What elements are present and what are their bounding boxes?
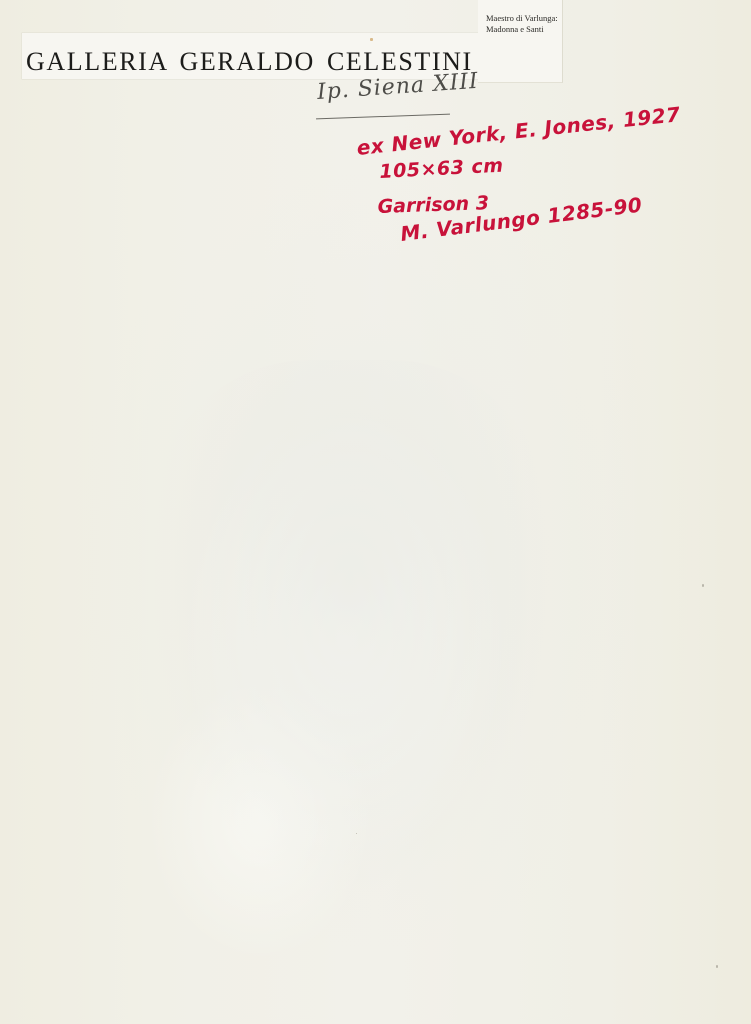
gallery-name: GALLERIA GERALDO CELESTINI [26, 47, 473, 77]
paper-speck [716, 965, 718, 968]
bleed-through-image [150, 360, 550, 900]
caption-title: Madonna e Santi [486, 24, 544, 34]
paper-speck [702, 584, 704, 587]
paper-speck [356, 833, 357, 834]
paper-speck [370, 38, 373, 41]
caption-artist: Maestro di Varlunga: [486, 13, 558, 23]
